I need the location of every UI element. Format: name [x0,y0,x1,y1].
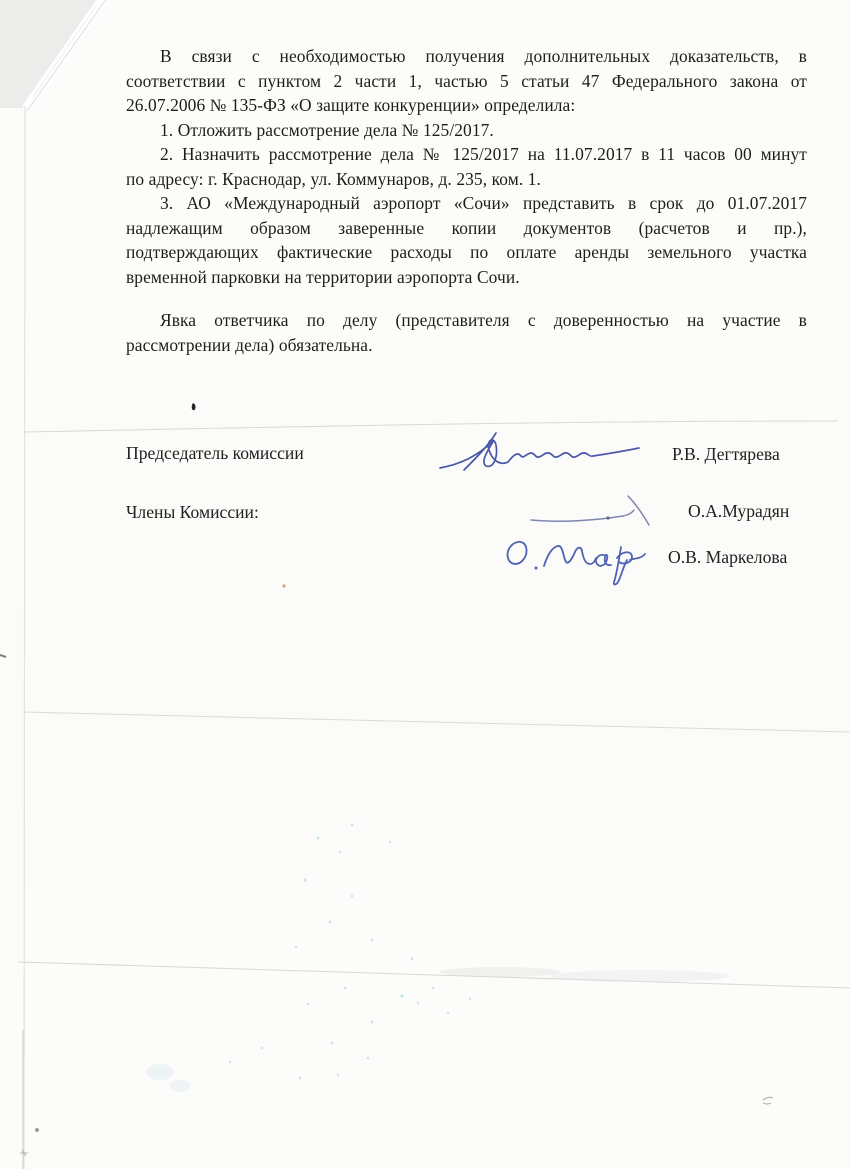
signature-block: Председатель комиссии Р.В. Дегтярева Чле… [0,0,850,1169]
chairman-signature-icon [436,426,644,474]
chairman-name: Р.В. Дегтярева [672,444,780,465]
chairman-label: Председатель комиссии [126,443,304,464]
member1-name: О.А.Мурадян [688,501,789,522]
scanned-document-page: В связи с необходимостью получения допол… [0,0,850,1169]
member2-signature-icon [502,538,648,588]
member2-name: О.В. Маркелова [668,547,787,568]
members-label: Члены Комиссии: [126,502,259,523]
member1-signature-icon [528,492,654,528]
